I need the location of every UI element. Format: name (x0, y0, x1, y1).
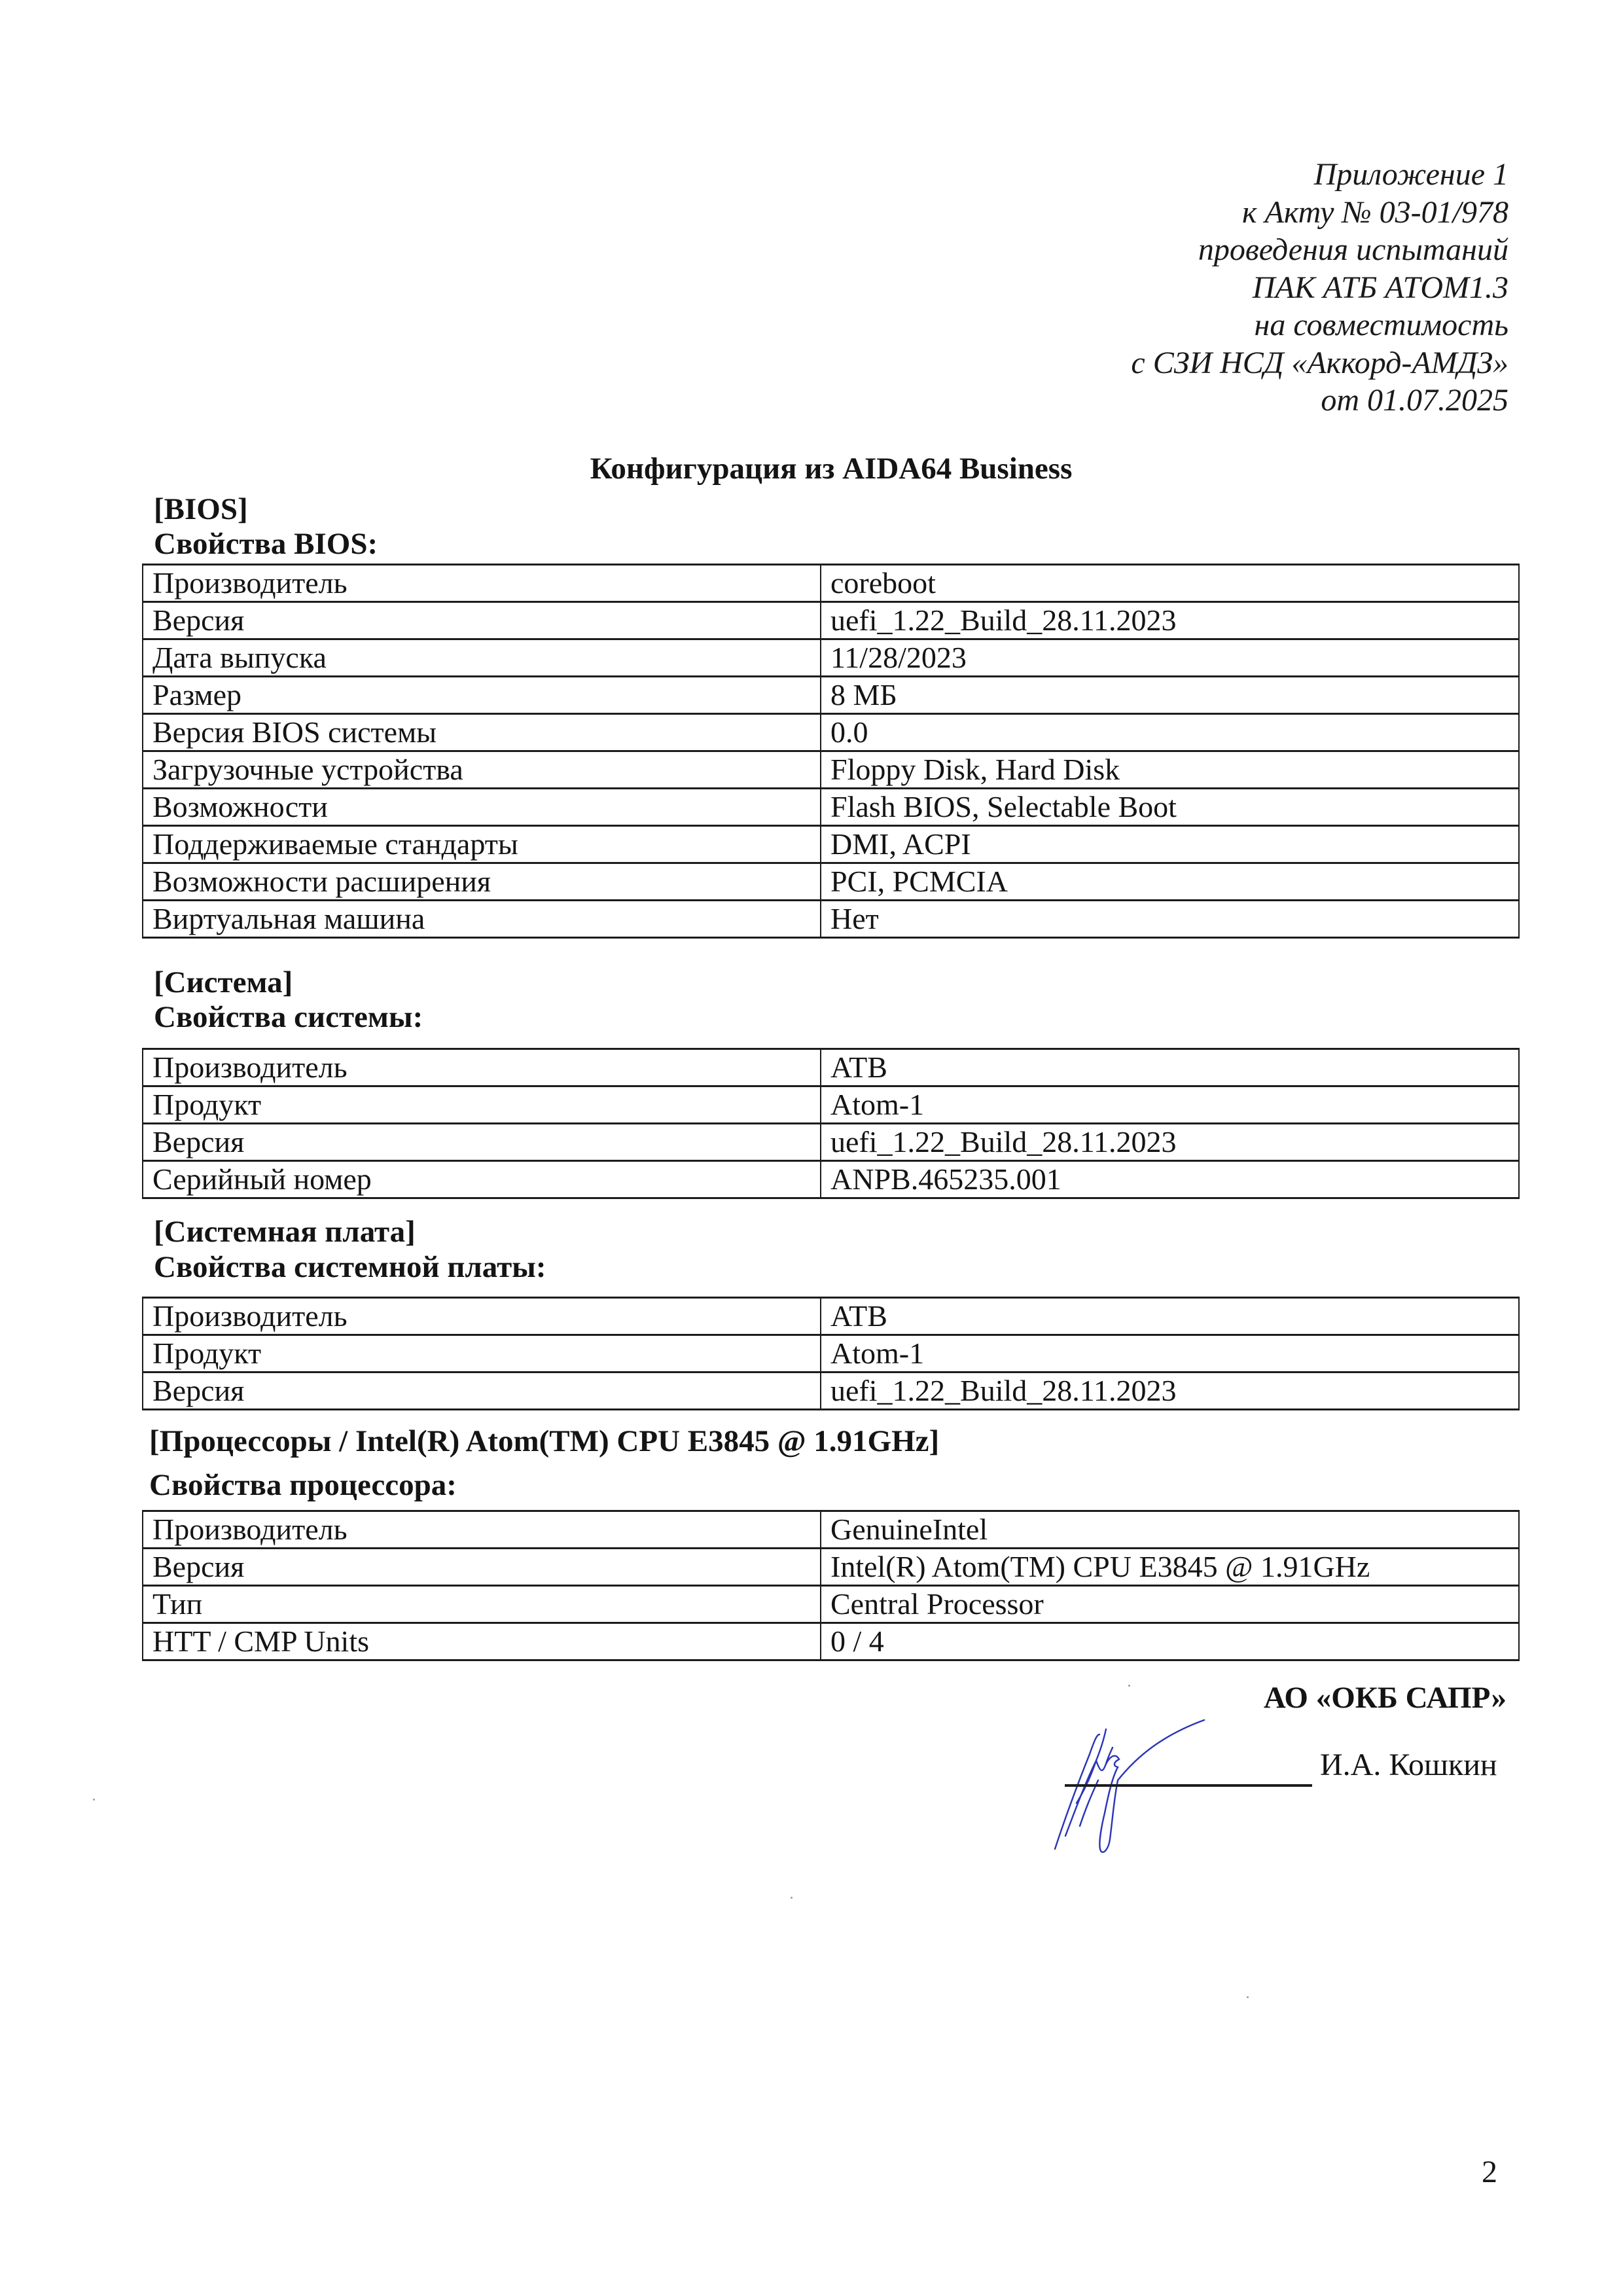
table-row: Версияuefi_1.22_Build_28.11.2023 (143, 602, 1519, 639)
organization-name: АО «ОКБ САПР» (1264, 1679, 1507, 1716)
property-name: Продукт (143, 1335, 821, 1372)
property-value: ANPB.465235.001 (821, 1161, 1519, 1198)
property-value: Central Processor (821, 1586, 1519, 1623)
property-name: Производитель (143, 1049, 821, 1086)
property-name: Размер (143, 677, 821, 714)
table-row: Версия BIOS системы0.0 (143, 714, 1519, 751)
scan-artifact (1247, 1996, 1249, 1998)
property-value: Flash BIOS, Selectable Boot (821, 789, 1519, 826)
property-name: Виртуальная машина (143, 901, 821, 938)
property-name: Поддерживаемые стандарты (143, 826, 821, 863)
cpu-properties-table: ПроизводительGenuineIntelВерсияIntel(R) … (142, 1510, 1520, 1661)
table-row: Виртуальная машинаНет (143, 901, 1519, 938)
property-value: 0.0 (821, 714, 1519, 751)
property-name: Загрузочные устройства (143, 751, 821, 789)
annex-line: к Акту № 03-01/978 (1131, 194, 1508, 232)
property-name: Возможности (143, 789, 821, 826)
section-heading-system: [Система] (154, 965, 293, 999)
property-value: 0 / 4 (821, 1623, 1519, 1660)
system-properties-table: ПроизводительATBПродуктAtom-1Версияuefi_… (142, 1048, 1520, 1199)
property-name: HTT / CMP Units (143, 1623, 821, 1660)
annex-line: с СЗИ НСД «Аккорд-АМДЗ» (1131, 344, 1508, 382)
annex-line: от 01.07.2025 (1131, 382, 1508, 420)
property-value: Нет (821, 901, 1519, 938)
table-row: ПродуктAtom-1 (143, 1335, 1519, 1372)
page-number: 2 (1482, 2155, 1497, 2190)
section-heading-bios: [BIOS] (154, 492, 248, 526)
property-value: DMI, ACPI (821, 826, 1519, 863)
property-name: Дата выпуска (143, 639, 821, 677)
section-heading-cpu: [Процессоры / Intel(R) Atom(TM) CPU E384… (149, 1424, 939, 1458)
property-name: Производитель (143, 565, 821, 602)
property-value: 8 МБ (821, 677, 1519, 714)
property-name: Продукт (143, 1086, 821, 1124)
annex-header: Приложение 1 к Акту № 03-01/978 проведен… (1131, 156, 1508, 420)
section-subheading-bios: Свойства BIOS: (154, 527, 378, 561)
section-heading-board: [Системная плата] (154, 1215, 416, 1249)
table-row: ВозможностиFlash BIOS, Selectable Boot (143, 789, 1519, 826)
table-row: ПроизводительATB (143, 1298, 1519, 1335)
table-row: Дата выпуска11/28/2023 (143, 639, 1519, 677)
annex-line: проведения испытаний (1131, 231, 1508, 269)
property-value: ATB (821, 1049, 1519, 1086)
table-row: Серийный номерANPB.465235.001 (143, 1161, 1519, 1198)
table-row: ВерсияIntel(R) Atom(TM) CPU E3845 @ 1.91… (143, 1549, 1519, 1586)
table-row: ПроизводительGenuineIntel (143, 1511, 1519, 1549)
signer-name: И.А. Кошкин (1320, 1746, 1497, 1784)
table-row: Поддерживаемые стандартыDMI, ACPI (143, 826, 1519, 863)
property-value: GenuineIntel (821, 1511, 1519, 1549)
property-value: ATB (821, 1298, 1519, 1335)
handwritten-signature-icon (1041, 1715, 1237, 1859)
property-name: Версия (143, 1372, 821, 1410)
bios-properties-table: ПроизводительcorebootВерсияuefi_1.22_Bui… (142, 564, 1520, 939)
property-value: uefi_1.22_Build_28.11.2023 (821, 1372, 1519, 1410)
property-value: Floppy Disk, Hard Disk (821, 751, 1519, 789)
table-row: ПроизводительATB (143, 1049, 1519, 1086)
property-value: 11/28/2023 (821, 639, 1519, 677)
table-row: HTT / CMP Units0 / 4 (143, 1623, 1519, 1660)
property-value: coreboot (821, 565, 1519, 602)
table-row: Загрузочные устройстваFloppy Disk, Hard … (143, 751, 1519, 789)
property-name: Производитель (143, 1511, 821, 1549)
section-subheading-system: Свойства системы: (154, 1000, 423, 1034)
property-value: Intel(R) Atom(TM) CPU E3845 @ 1.91GHz (821, 1549, 1519, 1586)
table-row: Производительcoreboot (143, 565, 1519, 602)
table-row: ТипCentral Processor (143, 1586, 1519, 1623)
scan-artifact (1128, 1685, 1130, 1687)
section-subheading-cpu: Свойства процессора: (149, 1468, 457, 1502)
annex-line: Приложение 1 (1131, 156, 1508, 194)
annex-line: на совместимость (1131, 306, 1508, 344)
property-name: Возможности расширения (143, 863, 821, 901)
board-properties-table: ПроизводительATBПродуктAtom-1Версияuefi_… (142, 1297, 1520, 1410)
property-name: Версия (143, 602, 821, 639)
property-value: uefi_1.22_Build_28.11.2023 (821, 602, 1519, 639)
property-value: Atom-1 (821, 1086, 1519, 1124)
property-name: Версия (143, 1124, 821, 1161)
property-name: Версия (143, 1549, 821, 1586)
table-row: Версияuefi_1.22_Build_28.11.2023 (143, 1372, 1519, 1410)
signature-line (1065, 1784, 1312, 1787)
table-row: Размер8 МБ (143, 677, 1519, 714)
property-name: Производитель (143, 1298, 821, 1335)
property-value: uefi_1.22_Build_28.11.2023 (821, 1124, 1519, 1161)
property-name: Тип (143, 1586, 821, 1623)
document-title: Конфигурация из AIDA64 Business (0, 450, 1623, 487)
annex-line: ПАК АТБ АТОМ1.3 (1131, 269, 1508, 307)
scan-artifact (791, 1897, 793, 1899)
property-name: Версия BIOS системы (143, 714, 821, 751)
section-subheading-board: Свойства системной платы: (154, 1250, 546, 1284)
property-name: Серийный номер (143, 1161, 821, 1198)
table-row: Возможности расширенияPCI, PCMCIA (143, 863, 1519, 901)
scan-artifact (93, 1799, 95, 1801)
property-value: Atom-1 (821, 1335, 1519, 1372)
table-row: ПродуктAtom-1 (143, 1086, 1519, 1124)
table-row: Версияuefi_1.22_Build_28.11.2023 (143, 1124, 1519, 1161)
property-value: PCI, PCMCIA (821, 863, 1519, 901)
